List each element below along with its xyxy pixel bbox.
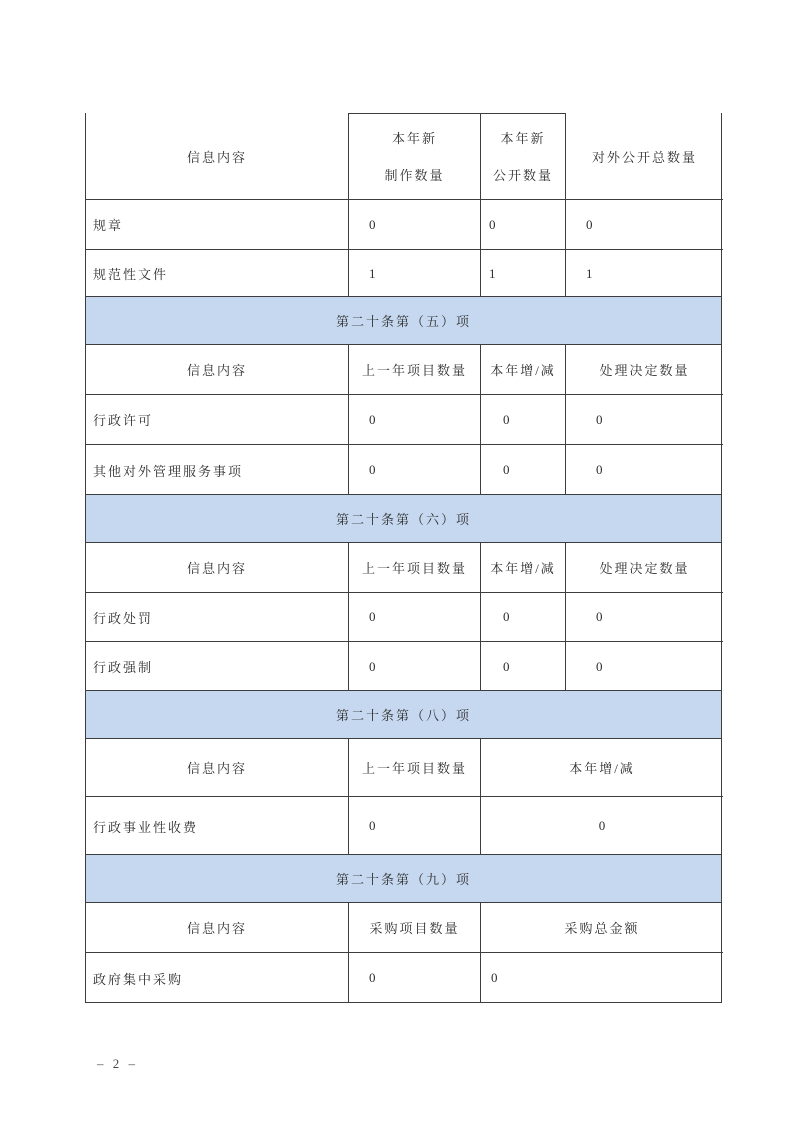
- header-this-year-change: 本年增/减: [481, 739, 723, 797]
- cell-value: 0: [481, 642, 566, 691]
- header-this-year-change: 本年增/减: [481, 345, 566, 395]
- cell-value: 0: [481, 445, 566, 495]
- header-info-content: 信息内容: [86, 543, 349, 593]
- banner-article20-item9-text: 第二十条第（九）项: [336, 869, 471, 888]
- header-this-year-change: 本年增/减: [481, 543, 566, 593]
- cell-value: 0: [349, 445, 481, 495]
- cell-value: 0: [566, 593, 723, 642]
- cell-value: 0: [566, 445, 723, 495]
- cell-value: 0: [481, 395, 566, 445]
- page-number: – 2 –: [97, 1056, 138, 1072]
- row-label-administrative-penalty: 行政处罚: [86, 593, 349, 642]
- cell-value: 0: [481, 593, 566, 642]
- header-last-year-count: 上一年项目数量: [349, 543, 481, 593]
- header-last-year-count: 上一年项目数量: [349, 739, 481, 797]
- header-new-made-count: 本年新 制作数量: [349, 113, 481, 200]
- table-article20-item9: 信息内容 采购项目数量 采购总金额 政府集中采购 0 0: [85, 903, 722, 1003]
- cell-value: 1: [481, 250, 566, 297]
- cell-value: 0: [566, 395, 723, 445]
- header-info-content: 信息内容: [86, 345, 349, 395]
- cell-value: 0: [349, 593, 481, 642]
- header-new-open-count: 本年新 公开数量: [481, 113, 566, 200]
- document-page: 信息内容 本年新 制作数量 本年新 公开数量 对外公开总数量 规章 0 0 0 …: [0, 0, 800, 1130]
- header-decision-count: 处理决定数量: [566, 345, 723, 395]
- table-article20-item5: 信息内容 上一年项目数量 本年增/减 处理决定数量 行政许可 0 0 0 其他对…: [85, 345, 722, 495]
- row-label-centralized-procurement: 政府集中采购: [86, 953, 349, 1003]
- row-label-administrative-licensing: 行政许可: [86, 395, 349, 445]
- banner-article20-item5: 第二十条第（五）项: [85, 297, 722, 345]
- cell-value: 0: [349, 200, 481, 250]
- banner-article20-item8: 第二十条第（八）项: [85, 691, 722, 739]
- row-label-regulations: 规章: [86, 200, 349, 250]
- header-procurement-total: 采购总金额: [481, 903, 723, 953]
- cell-value: 0: [349, 395, 481, 445]
- header-total-open: 对外公开总数量: [566, 113, 723, 200]
- header-new-made-line2: 制作数量: [384, 157, 444, 194]
- header-info-content: 信息内容: [86, 113, 349, 200]
- header-decision-count: 处理决定数量: [566, 543, 723, 593]
- row-label-normative-documents: 规范性文件: [86, 250, 349, 297]
- header-last-year-count: 上一年项目数量: [349, 345, 481, 395]
- header-new-open-line2: 公开数量: [493, 157, 553, 194]
- cell-value: 0: [566, 200, 723, 250]
- row-label-administrative-coercion: 行政强制: [86, 642, 349, 691]
- table-article20-item1-continued: 信息内容 本年新 制作数量 本年新 公开数量 对外公开总数量 规章 0 0 0 …: [85, 113, 722, 297]
- banner-article20-item6-text: 第二十条第（六）项: [336, 509, 471, 528]
- banner-article20-item9: 第二十条第（九）项: [85, 855, 722, 903]
- cell-value: 0: [566, 642, 723, 691]
- banner-article20-item5-text: 第二十条第（五）项: [336, 311, 471, 330]
- header-new-made-line1: 本年新: [392, 120, 437, 157]
- banner-article20-item8-text: 第二十条第（八）项: [336, 705, 471, 724]
- header-info-content: 信息内容: [86, 739, 349, 797]
- table-article20-item6: 信息内容 上一年项目数量 本年增/减 处理决定数量 行政处罚 0 0 0 行政强…: [85, 543, 722, 691]
- cell-value: 0: [481, 953, 723, 1003]
- cell-value: 0: [349, 797, 481, 855]
- banner-article20-item6: 第二十条第（六）项: [85, 495, 722, 543]
- cell-value: 0: [481, 797, 723, 855]
- cell-value: 0: [349, 953, 481, 1003]
- cell-value: 1: [566, 250, 723, 297]
- cell-value: 0: [481, 200, 566, 250]
- table-article20-item8: 信息内容 上一年项目数量 本年增/减 行政事业性收费 0 0: [85, 739, 722, 855]
- cell-value: 1: [349, 250, 481, 297]
- header-procurement-count: 采购项目数量: [349, 903, 481, 953]
- row-label-administrative-fees: 行政事业性收费: [86, 797, 349, 855]
- cell-value: 0: [349, 642, 481, 691]
- header-info-content: 信息内容: [86, 903, 349, 953]
- row-label-other-external-services: 其他对外管理服务事项: [86, 445, 349, 495]
- header-new-open-line1: 本年新: [500, 120, 545, 157]
